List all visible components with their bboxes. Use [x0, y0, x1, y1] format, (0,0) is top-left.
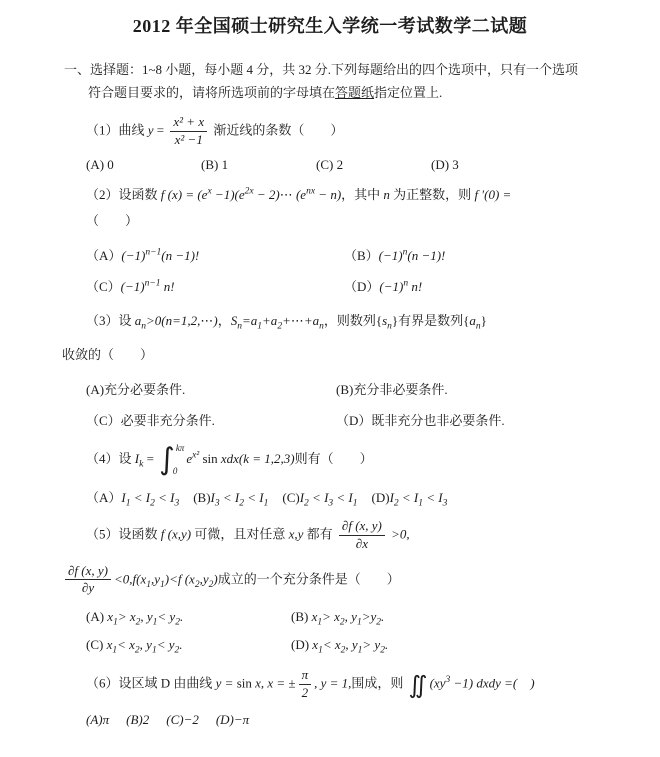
question-2-stem: （2）设函数 f (x) = (ex −1)(e2x − 2)⋯ (enx − … [86, 183, 660, 207]
question-5-options-row-1: (A) x1> x2, y1< y2. (B) x1> x2, y1>y2. [86, 609, 660, 625]
question-3-option-a: (A)充分必要条件. [86, 379, 336, 398]
question-6-option-b: (B)2 [126, 712, 149, 728]
question-1-option-a: (A) 0 [86, 157, 201, 173]
question-5-option-c: (C) x1< x2, y1< y2. [86, 637, 291, 653]
question-1-option-d: (D) 3 [431, 157, 546, 173]
question-2: （2）设函数 f (x) = (ex −1)(e2x − 2)⋯ (enx − … [0, 183, 660, 295]
question-2-option-a: （A）(−1)n−1(n −1)! [86, 245, 344, 264]
question-6: （6）设区域 D 由曲线 y = sin x, x = ±π2, y = 1,围… [0, 667, 660, 728]
question-6-option-a: (A)π [86, 712, 109, 728]
question-5-option-b: (B) x1> x2, y1>y2. [291, 609, 496, 625]
question-3: （3）设 an>0(n=1,2,⋯)，Sn=a1+a2+⋯+an，则数列{sn}… [0, 309, 660, 429]
question-1-stem: （1）曲线 y = x² + xx² −1 渐近线的条数（ ） [86, 114, 660, 149]
question-1-options: (A) 0 (B) 1 (C) 2 (D) 3 [86, 157, 660, 173]
question-3-stem: （3）设 an>0(n=1,2,⋯)，Sn=a1+a2+⋯+an，则数列{sn}… [86, 309, 660, 333]
question-4-stem: （4）设 Ik = ∫kπ0ex² sin xdx(k = 1,2,3)则有（ … [86, 443, 660, 477]
question-6-option-d: (D)−π [216, 712, 249, 728]
question-4-option-c: (C)I2 < I3 < I1 [282, 490, 357, 506]
question-3-option-d: （D）既非充分也非必要条件. [336, 410, 586, 429]
question-4-option-a: （A）I1 < I2 < I3 [86, 487, 179, 506]
question-2-option-d: （D）(−1)n n! [344, 276, 602, 295]
question-4-option-b: (B)I3 < I2 < I1 [193, 490, 268, 506]
question-5-option-d: (D) x1< x2, y1> y2. [291, 637, 496, 653]
question-5-options-row-2: (C) x1< x2, y1< y2. (D) x1< x2, y1> y2. [86, 637, 660, 653]
question-2-option-c: （C）(−1)n−1 n! [86, 276, 344, 295]
question-3-options-row-2: （C）必要非充分条件. （D）既非充分也非必要条件. [86, 410, 660, 429]
question-5-stem: （5）设函数 f (x,y) 可微，且对任意 x,y 都有 ∂f (x, y)∂… [86, 518, 660, 553]
question-3-stem-continued: 收敛的（ ） [62, 343, 660, 367]
question-3-option-b: (B)充分非必要条件. [336, 379, 586, 398]
question-3-option-c: （C）必要非充分条件. [86, 410, 336, 429]
question-6-stem: （6）设区域 D 由曲线 y = sin x, x = ±π2, y = 1,围… [86, 667, 660, 702]
question-4-options: （A）I1 < I2 < I3 (B)I3 < I2 < I1 (C)I2 < … [86, 487, 660, 506]
section-heading: 一、选择题：1~8 小题，每小题 4 分，共 32 分.下列每题给出的四个选项中… [64, 58, 620, 104]
question-5-stem-continued: ∂f (x, y)∂y<0,f(x1,y1)<f (x2,y2)成立的一个充分条… [62, 563, 660, 598]
question-2-option-b: （B）(−1)n(n −1)! [344, 245, 602, 264]
question-2-options-row-2: （C）(−1)n−1 n! （D）(−1)n n! [86, 276, 660, 295]
question-5-option-a: (A) x1> x2, y1< y2. [86, 609, 291, 625]
question-4: （4）设 Ik = ∫kπ0ex² sin xdx(k = 1,2,3)则有（ … [0, 443, 660, 506]
exam-page: 2012 年全国硕士研究生入学统一考试数学二试题 一、选择题：1~8 小题，每小… [0, 0, 660, 757]
question-6-option-c: (C)−2 [166, 712, 199, 728]
question-2-stem-continued: （ ） [86, 209, 660, 233]
question-6-options: (A)π (B)2 (C)−2 (D)−π [86, 712, 660, 728]
section-heading-line-2: 符合题目要求的，请将所选项前的字母填在答题纸指定位置上. [64, 81, 620, 104]
question-5: （5）设函数 f (x,y) 可微，且对任意 x,y 都有 ∂f (x, y)∂… [0, 518, 660, 654]
question-1-option-b: (B) 1 [201, 157, 316, 173]
question-2-options-row-1: （A）(−1)n−1(n −1)! （B）(−1)n(n −1)! [86, 245, 660, 264]
question-1: （1）曲线 y = x² + xx² −1 渐近线的条数（ ） (A) 0 (B… [0, 114, 660, 173]
question-4-option-d: (D)I2 < I1 < I3 [372, 490, 448, 506]
section-heading-line-1: 一、选择题：1~8 小题，每小题 4 分，共 32 分.下列每题给出的四个选项中… [64, 58, 620, 81]
question-1-option-c: (C) 2 [316, 157, 431, 173]
page-title: 2012 年全国硕士研究生入学统一考试数学二试题 [0, 0, 660, 38]
question-3-options-row-1: (A)充分必要条件. (B)充分非必要条件. [86, 379, 660, 398]
